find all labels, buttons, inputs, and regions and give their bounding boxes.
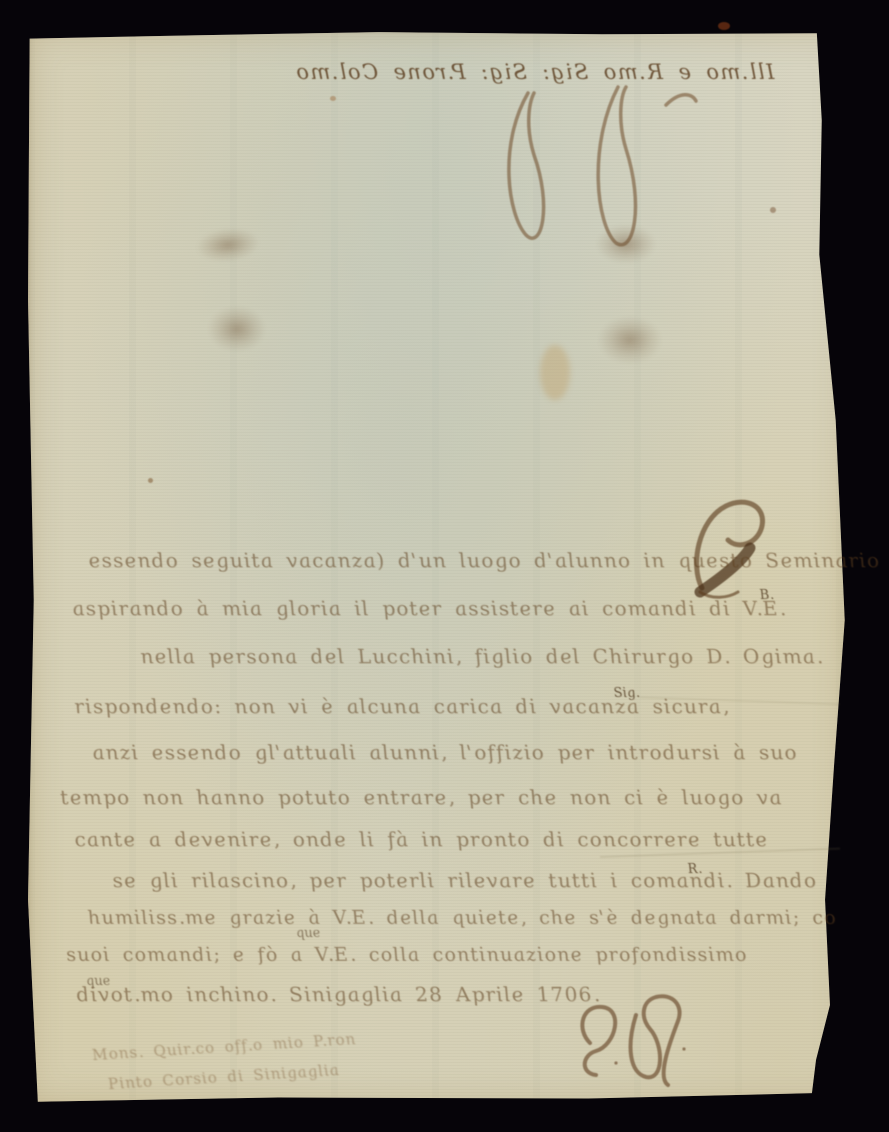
body-line: cante a devenire, onde li fà in pronto d… — [71, 827, 772, 851]
ink-blot — [208, 306, 266, 352]
body-line: anzi essendo gl'attuali alunni, l'offizi… — [89, 740, 801, 764]
ink-blot — [598, 316, 662, 364]
body-line: nella persona del Lucchini, figlio del C… — [137, 644, 827, 668]
body-line: humiliss.me grazie à V.E. della quiete, … — [85, 907, 840, 929]
superscript-mark: Sig. — [612, 686, 642, 701]
body-line: essendo seguita vacanza) d'un luogo d'al… — [85, 548, 883, 572]
body-line: se gli rilascino, per poterli rilevare t… — [109, 868, 821, 892]
body-line: suoi comandi; e fò a V.E. colla continua… — [63, 944, 751, 966]
address-line: Ill.mo e R.mo Sig: Sig: P.rone Col.mo — [295, 60, 774, 84]
ink-blot — [596, 224, 656, 264]
foxing-speck — [718, 22, 730, 30]
dateline: divot.mo inchino. Sinigaglia 28 Aprile 1… — [73, 982, 604, 1006]
foxing-speck — [330, 96, 336, 101]
photo-background: { "scene": { "kind": "photograph of an a… — [0, 0, 889, 1132]
superscript-mark: que — [84, 974, 113, 989]
foxing-stain — [540, 345, 570, 400]
signature-paraph-icon — [572, 985, 722, 1090]
body-line: aspirando à mia gloria il poter assister… — [69, 596, 790, 620]
foxing-speck — [770, 207, 776, 213]
body-line: tempo non hanno potuto entrare, per che … — [57, 785, 786, 809]
superscript-mark: que — [294, 926, 323, 941]
address-flourish-loops-icon — [468, 85, 698, 255]
foxing-speck — [148, 478, 153, 483]
